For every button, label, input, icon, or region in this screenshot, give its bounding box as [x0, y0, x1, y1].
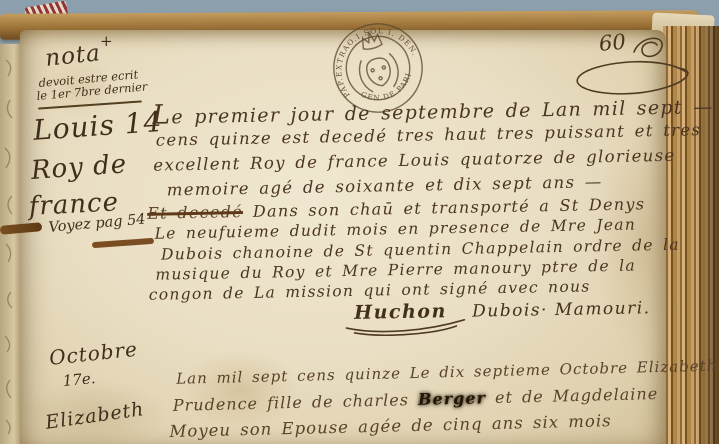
entry-louis-xiv: Le premier jour de septembre de Lan mil …	[140, 87, 705, 348]
entry-line-text: Prudence fille de charles	[173, 390, 419, 415]
cross-mark: +	[100, 32, 113, 50]
ink-blot-name: Berger	[418, 388, 486, 409]
entry-line: Prudence fille de charles Berger et de M…	[173, 384, 659, 415]
entry-line: Moyeu son Epouse agée de cinq ans six mo…	[169, 411, 612, 441]
folio-number-text: 60	[598, 30, 627, 56]
entry-line: excellent Roy de france Louis quatorze d…	[153, 146, 676, 175]
struck-text: Et decedé	[147, 202, 243, 223]
facing-page-edge	[0, 44, 20, 444]
margin-note-day: 17e.	[62, 369, 96, 390]
signature-dubois-mamouri: Dubois· Mamouri.	[472, 298, 651, 321]
signature-flourish-icon	[344, 318, 470, 338]
entry-line-text: et de Magdelaine	[486, 384, 659, 407]
manuscript-photo: PAP.EXTRAO.I.SOL I. DEN. GEN.DE PARIS 60…	[0, 0, 719, 444]
entry-elizabeth: Lan mil sept cens quinze Le dix septieme…	[168, 357, 715, 444]
ghost-writing-marks	[0, 44, 20, 444]
